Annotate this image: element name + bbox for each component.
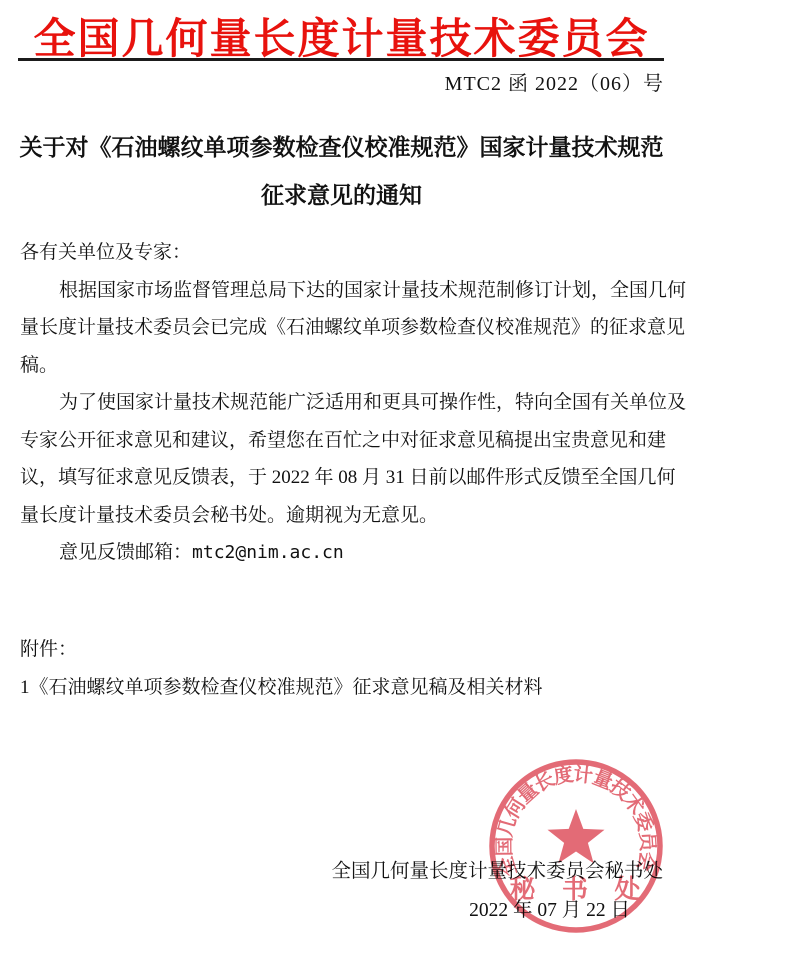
document-number: MTC2 函 2022（06）号	[445, 67, 664, 96]
paragraph2-line3: 议，填写征求意见反馈表，于 2022 年 08 月 31 日前以邮件形式反馈至全…	[20, 459, 680, 497]
attachment-heading: 附件：	[20, 631, 680, 669]
letterhead-org-title: 全国几何量长度计量技术委员会	[18, 6, 665, 66]
subject-title-line2: 征求意见的通知	[18, 177, 665, 210]
feedback-email-label: 意见反馈邮箱：	[59, 542, 192, 563]
subject-title-line1: 关于对《石油螺纹单项参数检查仪校准规范》国家计量技术规范	[18, 129, 665, 162]
feedback-email-address: mtc2@nim.ac.cn	[192, 542, 344, 563]
paragraph2-line1: 为了使国家计量技术规范能广泛适用和更具可操作性，特向全国有关单位及	[20, 384, 680, 422]
document-page: 全国几何量长度计量技术委员会 MTC2 函 2022（06）号 关于对《石油螺纹…	[0, 0, 800, 955]
paragraph2-line2: 专家公开征求意见和建议，希望您在百忙之中对征求意见稿提出宝贵意见和建	[20, 422, 680, 460]
paragraph1-line2: 量长度计量技术委员会已完成《石油螺纹单项参数检查仪校准规范》的征求意见	[20, 309, 680, 347]
attachment-item: 1《石油螺纹单项参数检查仪校准规范》征求意见稿及相关材料	[20, 669, 680, 707]
letterhead-rule	[18, 58, 664, 61]
feedback-email-line: 意见反馈邮箱：mtc2@nim.ac.cn	[20, 534, 680, 572]
paragraph1-line3: 稿。	[20, 347, 680, 385]
signature-date: 2022 年 07 月 22 日	[469, 894, 630, 922]
body-text: 各有关单位及专家： 根据国家市场监督管理总局下达的国家计量技术规范制修订计划，全…	[20, 234, 680, 572]
paragraph1-line1: 根据国家市场监督管理总局下达的国家计量技术规范制修订计划，全国几何	[20, 272, 680, 310]
paragraph2-line4: 量长度计量技术委员会秘书处。逾期视为无意见。	[20, 497, 680, 535]
signature-org: 全国几何量长度计量技术委员会秘书处	[331, 855, 663, 883]
salutation: 各有关单位及专家：	[20, 234, 680, 272]
attachment-section: 附件： 1《石油螺纹单项参数检查仪校准规范》征求意见稿及相关材料	[20, 631, 680, 706]
